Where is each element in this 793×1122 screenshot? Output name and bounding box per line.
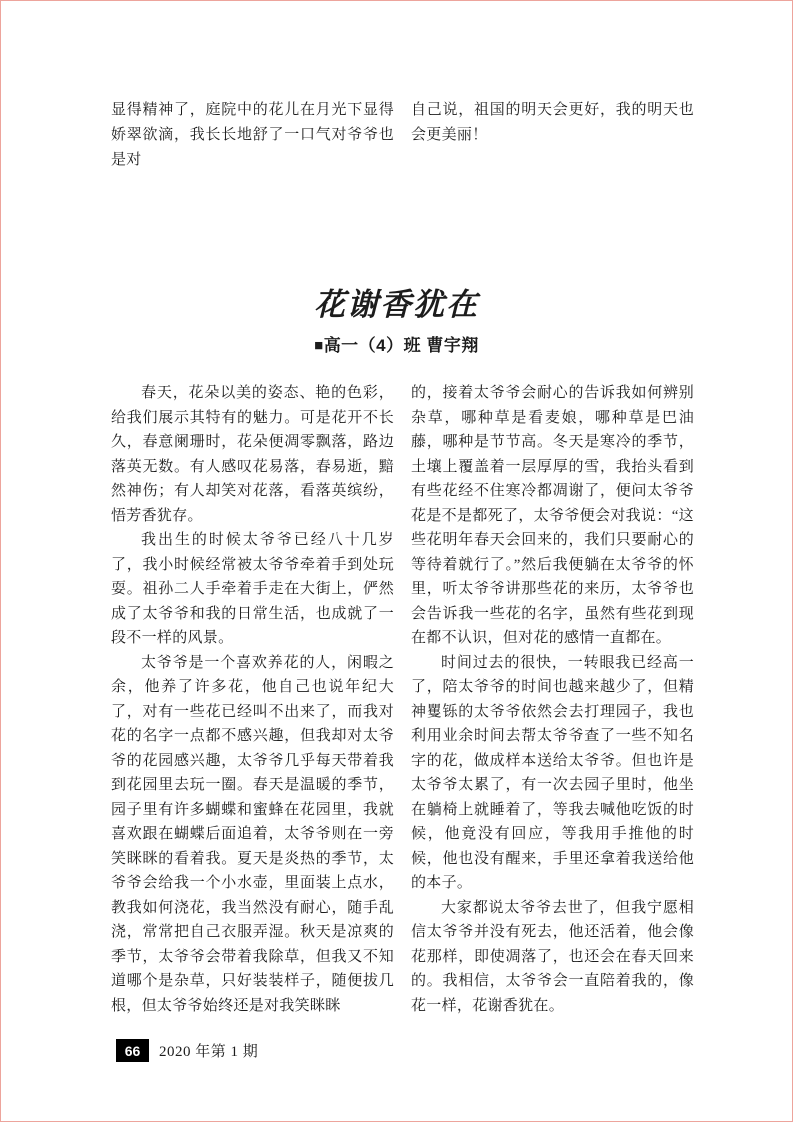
top-left-column-text: 显得精神了，庭院中的花儿在月光下显得娇翠欲滴，我长长地舒了一口气对爷爷也是对 (111, 98, 394, 173)
article-paragraph: 我出生的时候太爷爷已经八十几岁了，我小时候经常被太爷爷牵着手到处玩耍。祖孙二人手… (111, 528, 394, 651)
article-paragraph: 春天，花朵以美的姿态、艳的色彩，给我们展示其特有的魅力。可是花开不长久，春意阑珊… (111, 381, 394, 528)
top-right-column-text: 自己说，祖国的明天会更好，我的明天也会更美丽！ (411, 98, 694, 173)
article-paragraph: 太爷爷是一个喜欢养花的人，闲暇之余，他养了许多花，他自己也说年纪大了，对有一些花… (111, 651, 394, 1019)
previous-article-ending: 显得精神了，庭院中的花儿在月光下显得娇翠欲滴，我长长地舒了一口气对爷爷也是对 自… (111, 98, 694, 173)
article-paragraph-continuation: 的，接着太爷爷会耐心的告诉我如何辨别杂草，哪种草是看麦娘，哪种草是巴油藤，哪种是… (411, 381, 694, 651)
issue-label: 2020 年第 1 期 (159, 1040, 258, 1061)
article-right-column: 的，接着太爷爷会耐心的告诉我如何辨别杂草，哪种草是看麦娘，哪种草是巴油藤，哪种是… (411, 381, 694, 1018)
byline-author-text: 高一（4）班 曹宇翔 (324, 336, 479, 355)
article-paragraph: 大家都说太爷爷去世了，但我宁愿相信太爷爷并没有死去，他还活着，他会像花那样，即使… (411, 896, 694, 1019)
byline-square-icon: ■ (314, 337, 324, 354)
article-body: 春天，花朵以美的姿态、艳的色彩，给我们展示其特有的魅力。可是花开不长久，春意阑珊… (111, 381, 694, 1018)
article-paragraph: 时间过去的很快，一转眼我已经高一了，陪太爷爷的时间也越来越少了，但精神矍铄的太爷… (411, 651, 694, 896)
page-footer: 66 2020 年第 1 期 (116, 1039, 258, 1062)
article-byline: ■高一（4）班 曹宇翔 (1, 331, 792, 356)
page-number-badge: 66 (116, 1039, 149, 1062)
article-left-column: 春天，花朵以美的姿态、艳的色彩，给我们展示其特有的魅力。可是花开不长久，春意阑珊… (111, 381, 394, 1018)
magazine-page: 显得精神了，庭院中的花儿在月光下显得娇翠欲滴，我长长地舒了一口气对爷爷也是对 自… (0, 0, 793, 1122)
article-title: 花谢香犹在 (1, 279, 792, 324)
